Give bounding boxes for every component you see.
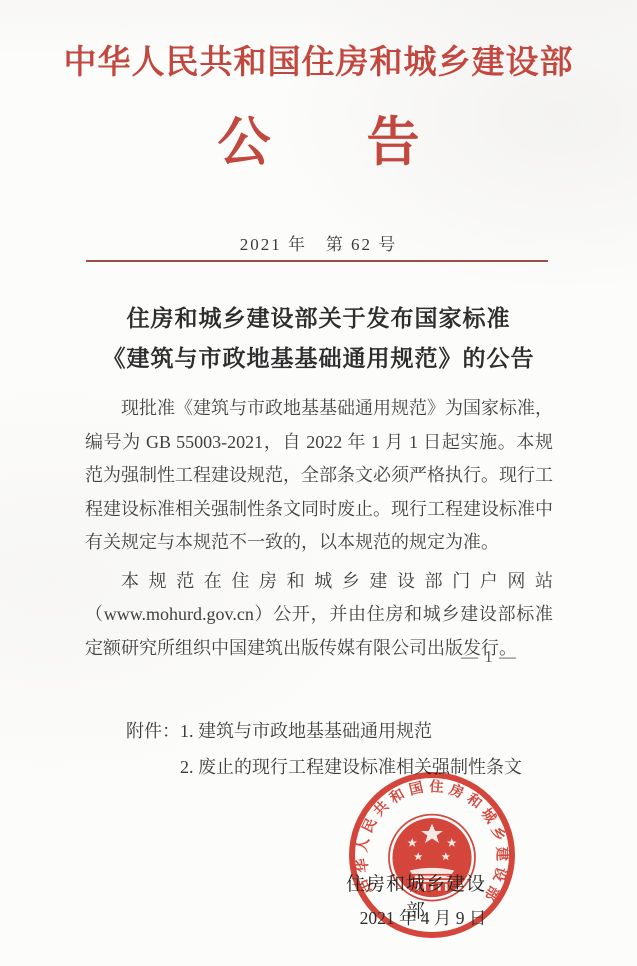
title-line-1: 住房和城乡建设部关于发布国家标准 [40, 299, 597, 339]
page-number: — 1 — [461, 647, 517, 667]
signature-date: 2021 年 4 月 9 日 [353, 905, 493, 930]
doc-type-char: 公 [218, 100, 271, 176]
announcement-document: 中华人民共和国住房和城乡建设部 公 告 2021 年 第 62 号 住房和城乡建… [0, 0, 637, 966]
attachments-label: 附件： [126, 713, 180, 785]
announcement-body: 现批准《建筑与市政地基基础通用规范》为国家标准，编号为 GB 55003-202… [85, 392, 553, 665]
doc-type-char: 告 [367, 100, 420, 176]
title-line-2: 《建筑与市政地基基础通用规范》的公告 [40, 339, 597, 379]
attachment-item: 1. 建筑与市政地基基础通用规范 [180, 713, 522, 749]
issue-number-line: 2021 年 第 62 号 [0, 230, 637, 255]
header-divider-rule [86, 260, 548, 262]
doc-type-heading: 公 告 [0, 100, 637, 176]
body-paragraph: 现批准《建筑与市政地基基础通用规范》为国家标准，编号为 GB 55003-202… [85, 392, 553, 560]
announcement-title: 住房和城乡建设部关于发布国家标准 《建筑与市政地基基础通用规范》的公告 [40, 299, 597, 379]
ministry-name-header: 中华人民共和国住房和城乡建设部 [0, 36, 637, 83]
